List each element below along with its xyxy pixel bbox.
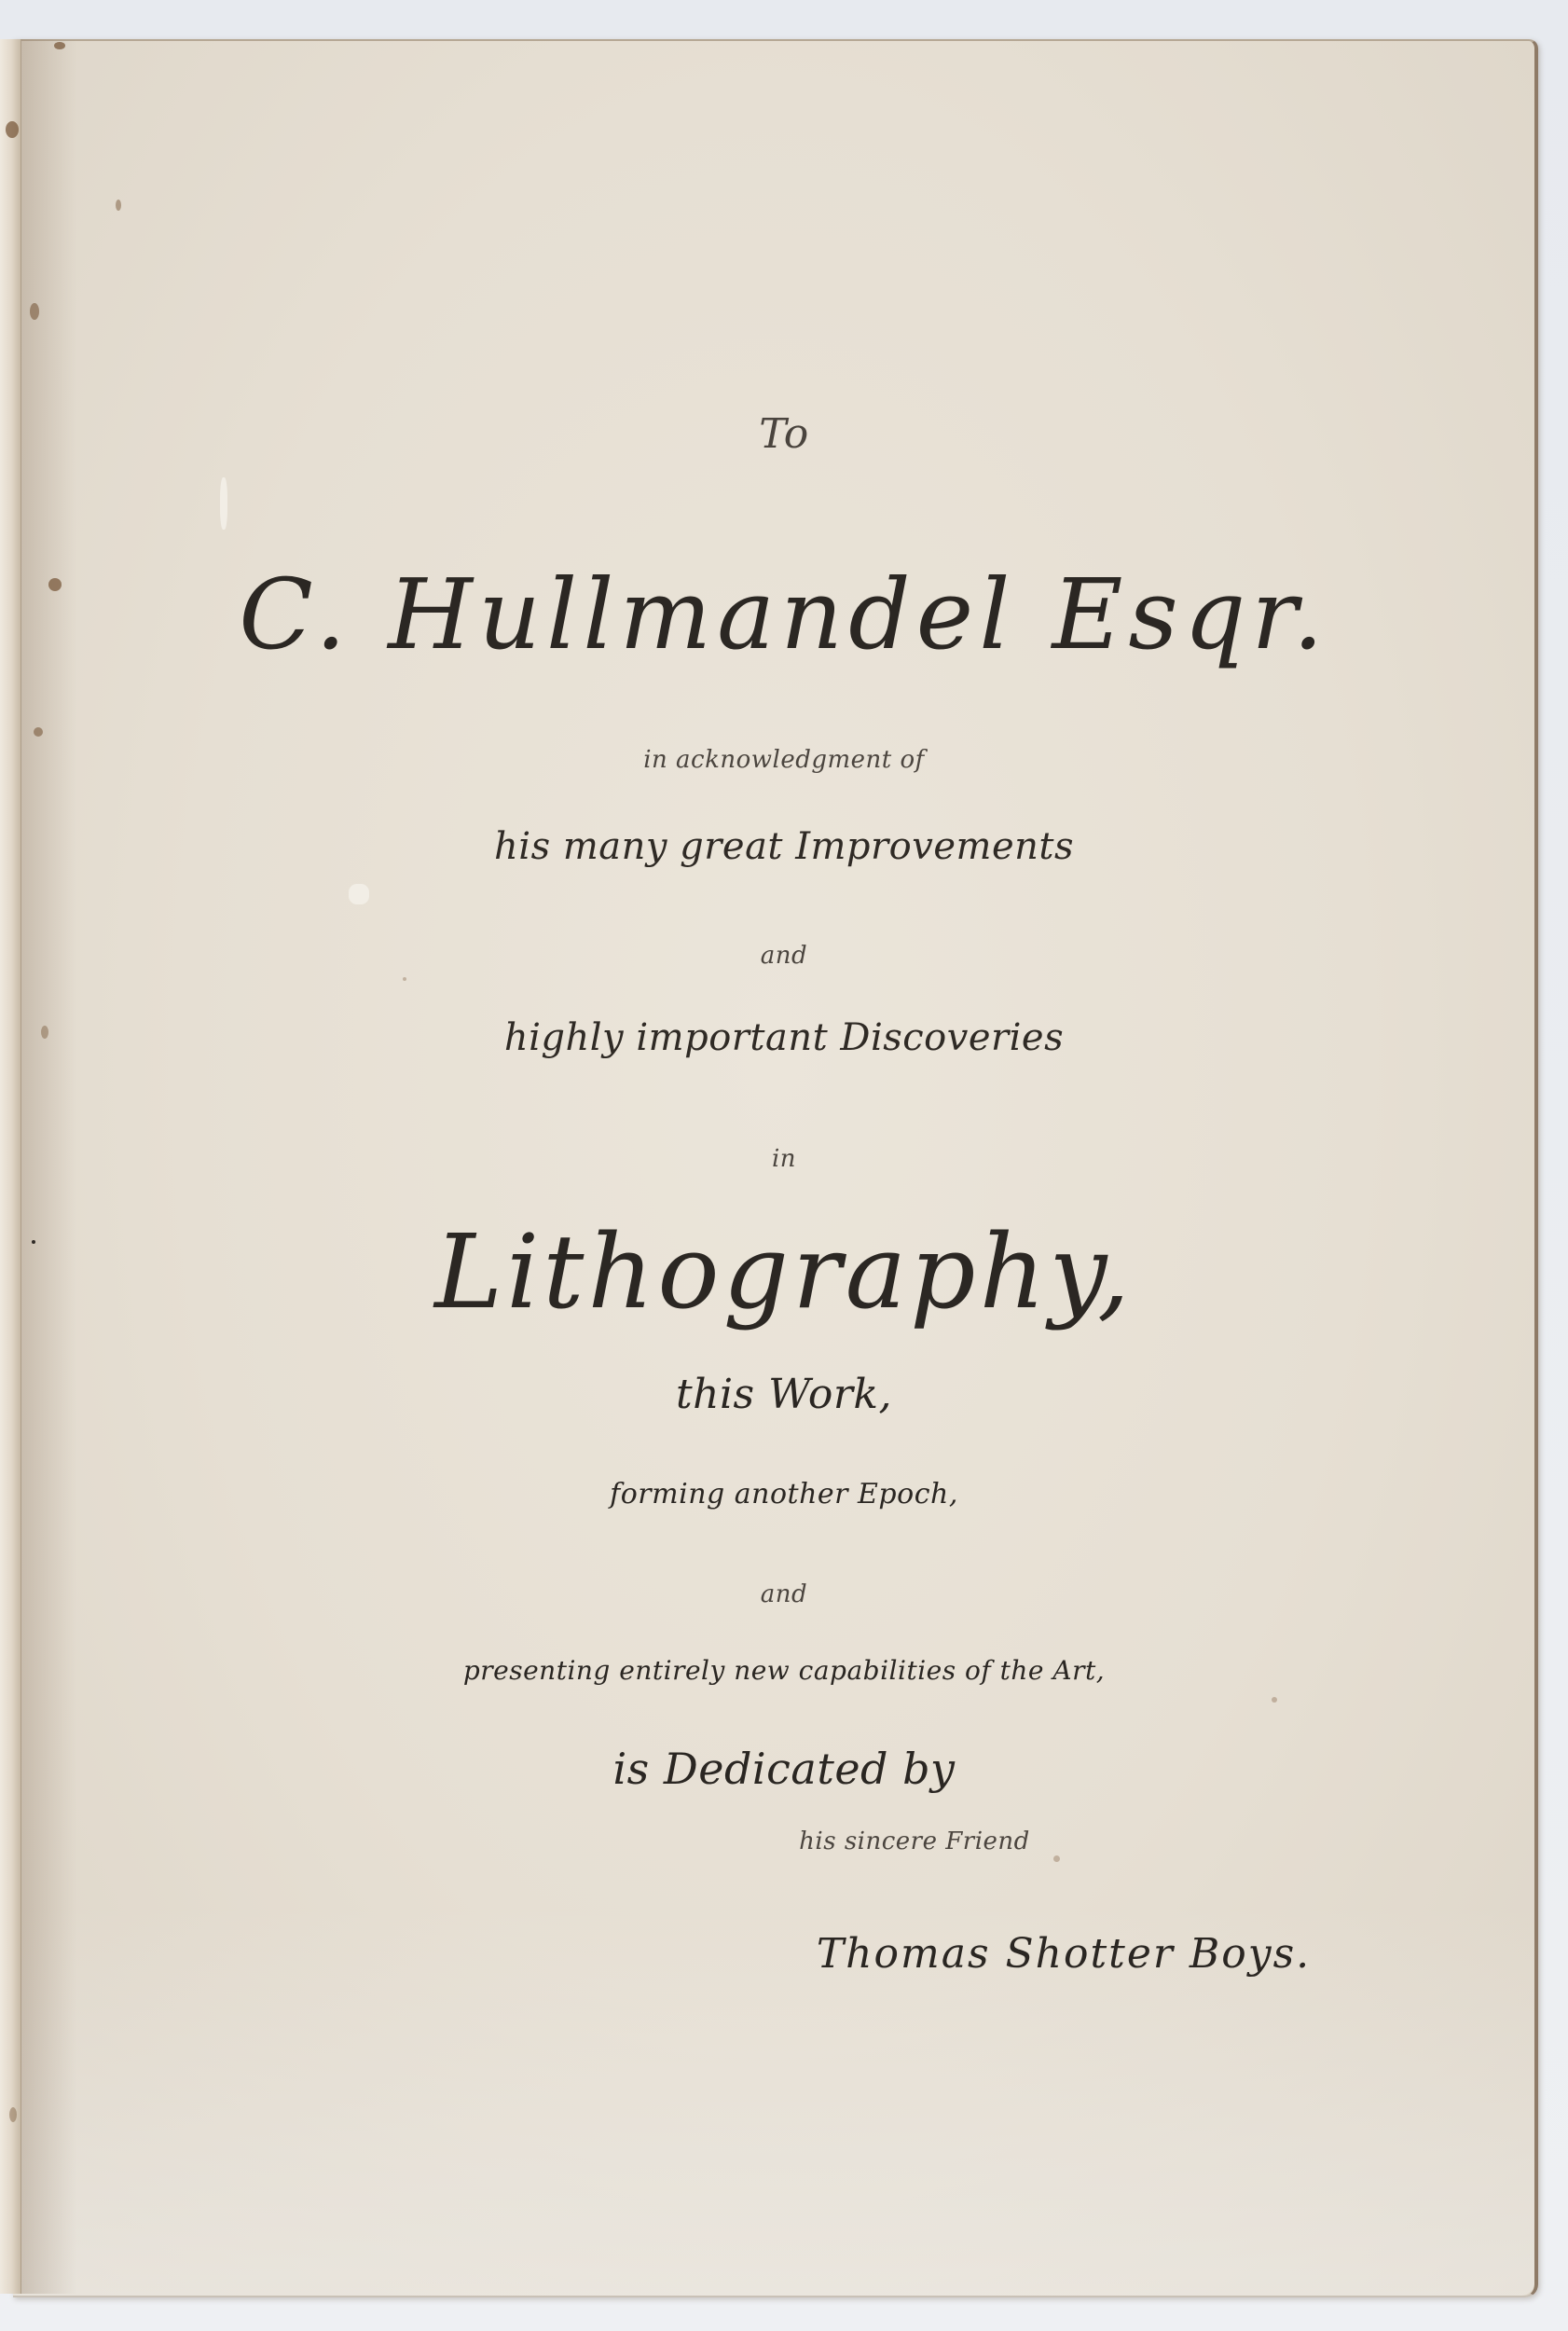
conjunction-and: and — [0, 1580, 1568, 1608]
friend-line: his sincere Friend — [131, 1828, 1568, 1855]
salutation: To — [0, 410, 1568, 458]
signature: Thomas Shotter Boys. — [280, 1930, 1568, 1978]
work-line: this Work, — [0, 1371, 1568, 1418]
dedication-text: To C. Hullmandel Esqr. in acknowledgment… — [0, 0, 1568, 2331]
recipient-name: C. Hullmandel Esqr. — [0, 558, 1568, 671]
preposition-in: in — [0, 1145, 1568, 1173]
dedicated-by-line: is Dedicated by — [0, 1744, 1568, 1794]
presenting-line: presenting entirely new capabilities of … — [0, 1655, 1568, 1686]
conjunction-and: and — [0, 942, 1568, 970]
subject-title: Lithography, — [0, 1212, 1568, 1331]
discoveries-line: highly important Discoveries — [0, 1016, 1568, 1059]
acknowledgment-line: in acknowledgment of — [0, 746, 1568, 774]
epoch-line: forming another Epoch, — [0, 1478, 1568, 1510]
improvements-line: his many great Improvements — [0, 825, 1568, 868]
